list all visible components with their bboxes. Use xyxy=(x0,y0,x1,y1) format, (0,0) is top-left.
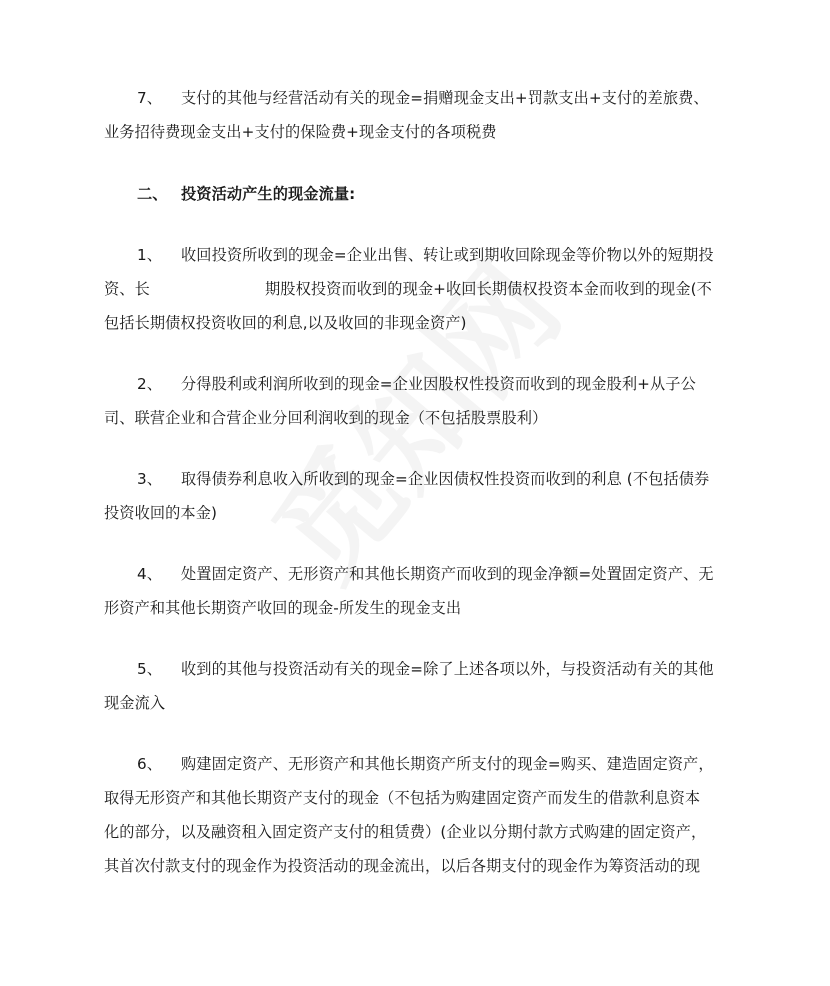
item-text-line1: 取得债券利息收入所收到的现金=企业因债权性投资而收到的利息 (不包括债券 xyxy=(181,469,709,489)
item-number: 2、 xyxy=(137,374,162,394)
item-text-line4: 其首次付款支付的现金作为投资活动的现金流出，以后各期支付的现金作为筹资活动的现 xyxy=(104,856,728,876)
item-number: 1、 xyxy=(137,245,162,265)
item-text-line2: 投资收回的本金) xyxy=(104,503,728,523)
item-text-line2: 取得无形资产和其他长期资产支付的现金（不包括为购建固定资产而发生的借款利息资本 xyxy=(104,788,728,808)
item-number: 3、 xyxy=(137,469,162,489)
item-number: 7、 xyxy=(137,88,162,108)
item-text-line3: 化的部分，以及融资租入固定资产支付的租赁费）(企业以分期付款方式购建的固定资产， xyxy=(104,822,728,842)
item-number: 5、 xyxy=(137,659,162,679)
section-number: 二、 xyxy=(137,184,168,204)
item-text-line1: 收回投资所收到的现金=企业出售、转让或到期收回除现金等价物以外的短期投 xyxy=(181,245,714,265)
item-text-line2: 现金流入 xyxy=(104,693,728,713)
item-text-line2a: 资、长 xyxy=(104,280,150,298)
item-text-line2: 司、联营企业和合营企业分回利润收到的现金（不包括股票股利） xyxy=(104,408,728,428)
item-text-line2: 资、长 期股权投资而收到的现金+收回长期债权投资本金而收到的现金(不 xyxy=(104,279,728,299)
item-text-line2: 形资产和其他长期资产收回的现金-所发生的现金支出 xyxy=(104,598,728,618)
item-number: 6、 xyxy=(137,754,162,774)
item-text-line2: 业务招待费现金支出+支付的保险费+现金支付的各项税费 xyxy=(104,122,728,142)
section-title: 投资活动产生的现金流量: xyxy=(181,184,355,204)
item-text-line2b: 期股权投资而收到的现金+收回长期债权投资本金而收到的现金(不 xyxy=(265,279,712,299)
item-text-line1: 收到的其他与投资活动有关的现金=除了上述各项以外，与投资活动有关的其他 xyxy=(181,659,714,679)
item-text-line1: 处置固定资产、无形资产和其他长期资产而收到的现金净额=处置固定资产、无 xyxy=(181,564,714,584)
item-number: 4、 xyxy=(137,564,162,584)
item-text-line1: 支付的其他与经营活动有关的现金=捐赠现金支出+罚款支出+支付的差旅费、 xyxy=(181,88,709,108)
document-page: 觅知网 7、 支付的其他与经营活动有关的现金=捐赠现金支出+罚款支出+支付的差旅… xyxy=(0,0,830,986)
item-text-line1: 购建固定资产、无形资产和其他长期资产所支付的现金=购买、建造固定资产， xyxy=(181,754,714,774)
item-text-line3: 包括长期债权投资收回的利息,以及收回的非现金资产) xyxy=(104,313,728,333)
item-text-line1: 分得股利或利润所收到的现金=企业因股权性投资而收到的现金股利+从子公 xyxy=(181,374,696,394)
